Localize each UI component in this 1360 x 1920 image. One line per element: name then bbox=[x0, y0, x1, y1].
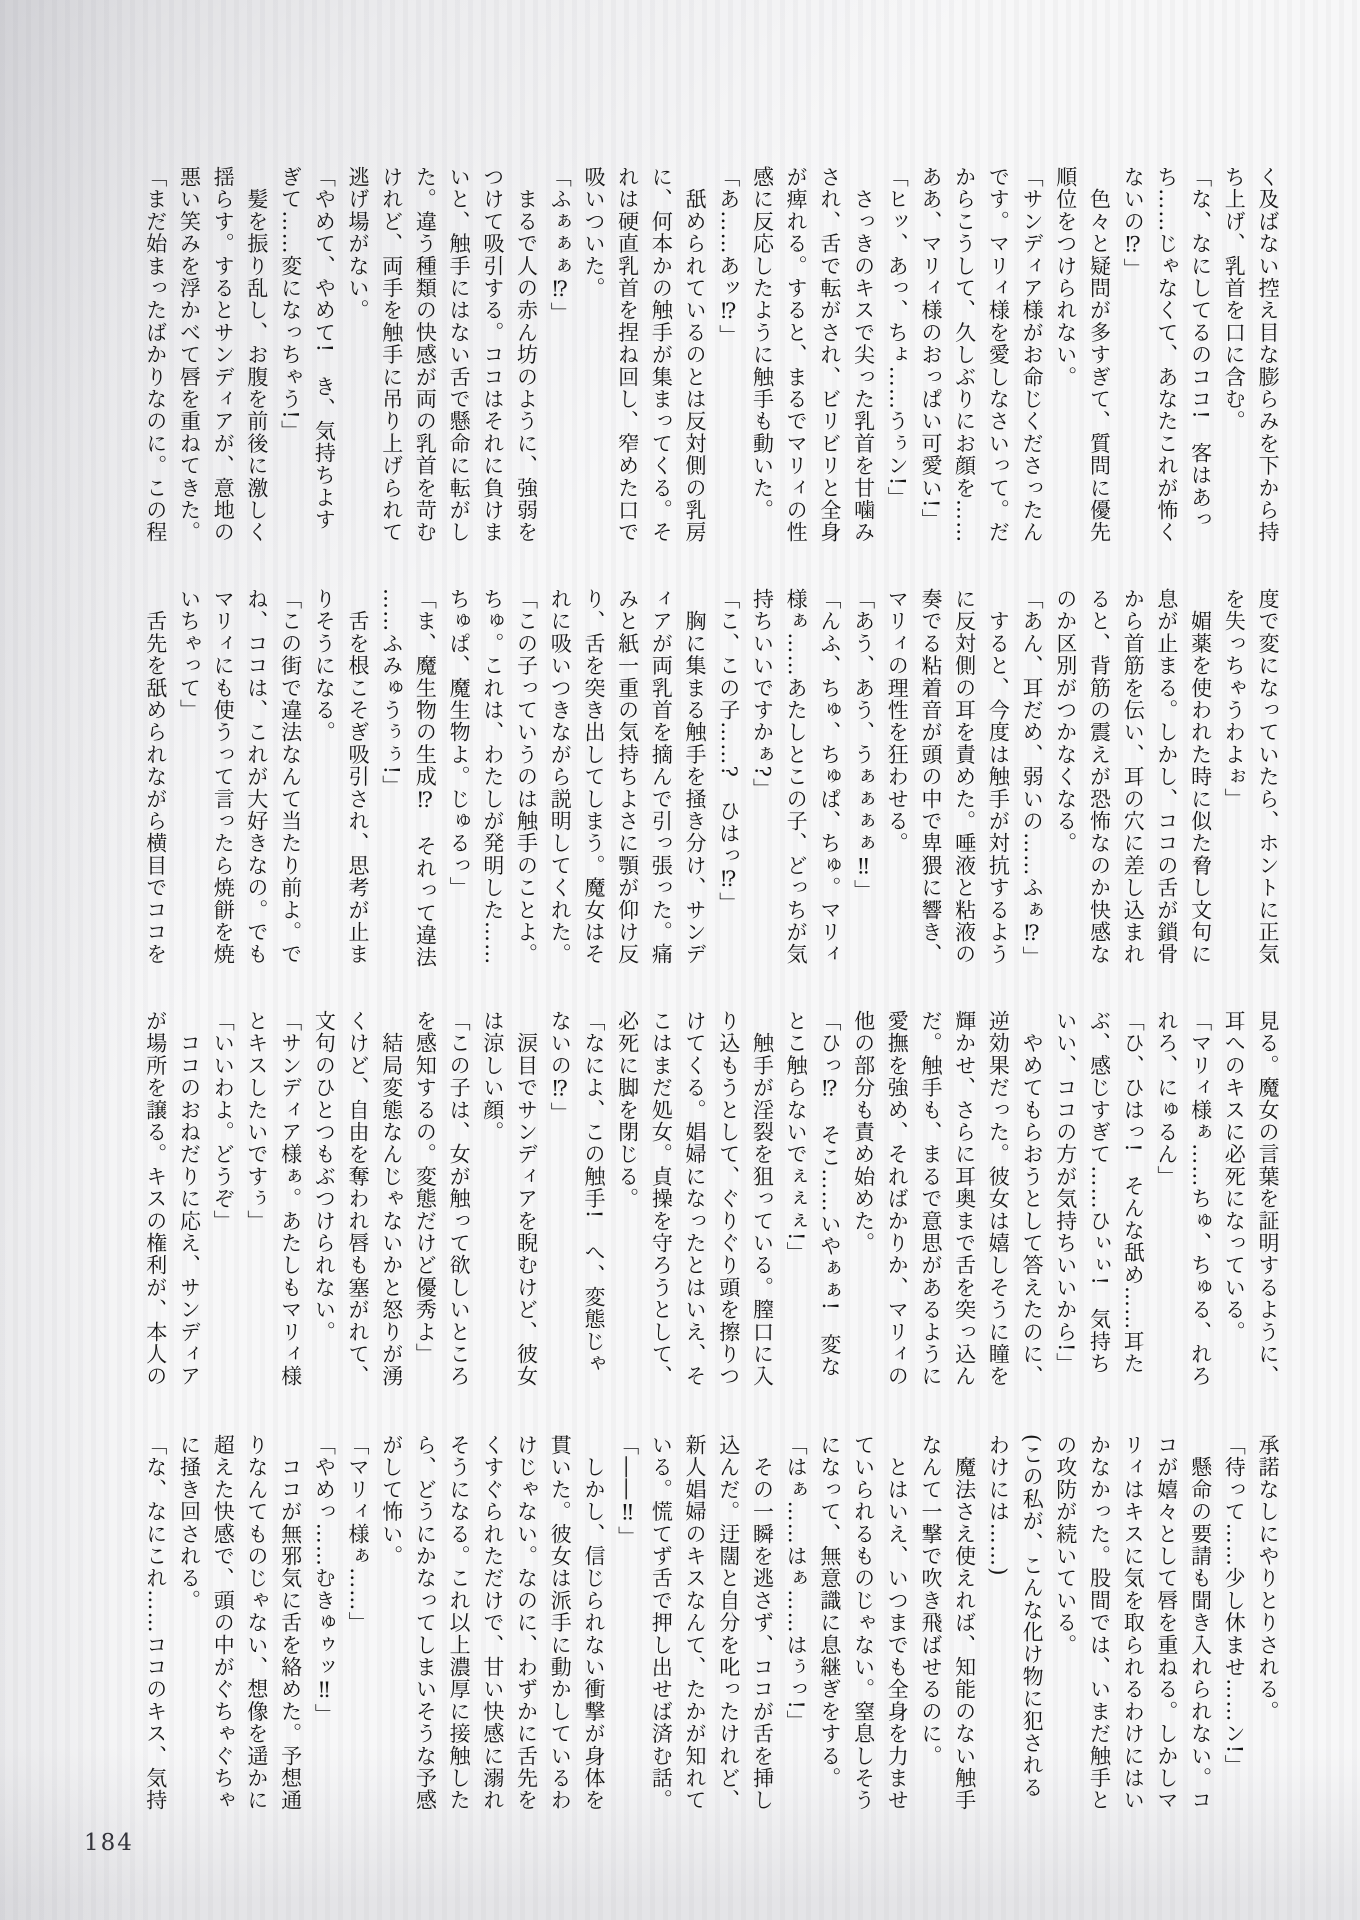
text-column: から首筋を伝い、耳の穴に差し込まれ bbox=[1115, 588, 1149, 980]
text-column: 揺らす。するとサンディアが、意地の bbox=[206, 166, 240, 558]
text-column: 文句のひとつもぶつけられない。 bbox=[307, 1010, 341, 1402]
text-column: ないの⁉」 bbox=[543, 1010, 577, 1402]
text-column: 感に反応したように触手も動いた。 bbox=[745, 166, 779, 558]
text-column: 様ぁ……あたしとこの子、どっちが気 bbox=[778, 588, 812, 980]
text-column: 「なによ、この触手! へ、変態じゃ bbox=[576, 1010, 610, 1402]
text-column: 見る。魔女の言葉を証明するように、 bbox=[1250, 1010, 1284, 1402]
text-column: 輝かせ、さらに耳奥まで舌を突っ込ん bbox=[947, 1010, 981, 1402]
text-column: 「な、なにしてるのココ! 客はあっ bbox=[1183, 166, 1217, 558]
text-column: みと紙一重の気持ちよさに顎が仰け反 bbox=[610, 588, 644, 980]
text-column: 逆効果だった。彼女は嬉しそうに瞳を bbox=[981, 1010, 1015, 1402]
text-column: になって、無意識に息継ぎをする。 bbox=[812, 1434, 846, 1826]
text-column: 持ちいいですかぁ?」 bbox=[745, 588, 779, 980]
text-column: 「マリィ様ぁ……」 bbox=[340, 1434, 374, 1826]
text-column: 「いいわよ。どうぞ」 bbox=[206, 1010, 240, 1402]
text-column: が場所を譲る。キスの権利が、本人の bbox=[138, 1010, 172, 1402]
text-column: りなんてものじゃない、想像を遥かに bbox=[239, 1434, 273, 1826]
text-column: すると、今度は触手が対抗するよう bbox=[981, 588, 1015, 980]
text-column: 込んだ。迂闊と自分を叱ったけれど、 bbox=[711, 1434, 745, 1826]
text-column: 涙目でサンディアを睨むけど、彼女 bbox=[509, 1010, 543, 1402]
text-column: しかし、信じられない衝撃が身体を bbox=[576, 1434, 610, 1826]
text-column: 「やめっ……むきゅゥッ‼」 bbox=[307, 1434, 341, 1826]
text-band-1: く及ばない控え目な膨らみを下から持ち上げ、乳首を口に含む。「な、なにしてるのココ… bbox=[134, 166, 1284, 558]
text-column: その一瞬を逃さず、ココが舌を挿し bbox=[745, 1434, 779, 1826]
text-column: けてくる。娼婦になったとはいえ、そ bbox=[677, 1010, 711, 1402]
text-column: 「ひっ⁉ そこ……いやぁぁ! 変な bbox=[812, 1010, 846, 1402]
text-column: 「――‼」 bbox=[610, 1434, 644, 1826]
text-column: さっきのキスで尖った乳首を甘噛み bbox=[846, 166, 880, 558]
text-column: いと、触手にはない舌で懸命に転がし bbox=[441, 166, 475, 558]
text-column: (この私が、こんな化け物に犯される bbox=[1014, 1434, 1048, 1826]
text-column: とこ触らないでぇぇぇ!」 bbox=[778, 1010, 812, 1402]
text-column: 懸命の要請も聞き入れられない。コ bbox=[1183, 1434, 1217, 1826]
text-column: くけど、自由を奪われ唇も塞がれて、 bbox=[340, 1010, 374, 1402]
text-column: リィはキスに気を取られるわけにはい bbox=[1115, 1434, 1149, 1826]
text-column: り込もうとして、ぐりぐり頭を擦りつ bbox=[711, 1010, 745, 1402]
text-column: 愛撫を強め、そればかりか、マリィの bbox=[880, 1010, 914, 1402]
text-column: く及ばない控え目な膨らみを下から持 bbox=[1250, 166, 1284, 558]
text-column: が痺れる。すると、まるでマリィの性 bbox=[778, 166, 812, 558]
text-column: に、何本かの触手が集まってくる。そ bbox=[644, 166, 678, 558]
text-column: 色々と疑問が多すぎて、質問に優先 bbox=[1082, 166, 1116, 558]
text-column: いる。慌てず舌で押し出せば済む話。 bbox=[644, 1434, 678, 1826]
text-column: いい、ココの方が気持ちいいから!」 bbox=[1048, 1010, 1082, 1402]
text-band-2: 度で変になっていたら、ホントに正気を失っちゃうわよぉ」 媚薬を使われた時に似た脅… bbox=[134, 588, 1284, 980]
text-column: 貫いた。彼女は派手に動かしているわ bbox=[543, 1434, 577, 1826]
text-column: 順位をつけられない。 bbox=[1048, 166, 1082, 558]
text-column: 承諾なしにやりとりされる。 bbox=[1250, 1434, 1284, 1826]
text-column: 悪い笑みを浮かべて唇を重ねてきた。 bbox=[172, 166, 206, 558]
text-column: 吸いついた。 bbox=[576, 166, 610, 558]
text-column: まるで人の赤ん坊のように、強弱を bbox=[509, 166, 543, 558]
text-column: 胸に集まる触手を掻き分け、サンデ bbox=[677, 588, 711, 980]
text-column: れに吸いつきながら説明してくれた。 bbox=[543, 588, 577, 980]
text-column: 「んふ、ちゅ、ちゅぱ、ちゅ。マリィ bbox=[812, 588, 846, 980]
text-column: かなかった。股間では、いまだ触手と bbox=[1082, 1434, 1116, 1826]
text-column: りそうになる。 bbox=[307, 588, 341, 980]
text-column: 「この子っていうのは触手のことよ。 bbox=[509, 588, 543, 980]
text-column: を感知するの。変態だけど優秀よ」 bbox=[408, 1010, 442, 1402]
text-column: ィアが両乳首を摘んで引っ張った。痛 bbox=[644, 588, 678, 980]
text-column: ね、ココは、これが大好きなの。でも bbox=[239, 588, 273, 980]
text-column: ないの⁉」 bbox=[1115, 166, 1149, 558]
text-column: れは硬直乳首を捏ね回し、窄めた口で bbox=[610, 166, 644, 558]
text-column: 「ま、魔生物の生成⁉ それって違法 bbox=[408, 588, 442, 980]
text-column: です。マリィ様を愛しなさいって。だ bbox=[981, 166, 1015, 558]
text-column: 「待って……少し休ませ……ン!」 bbox=[1217, 1434, 1251, 1826]
text-column: 媚薬を使われた時に似た脅し文句に bbox=[1183, 588, 1217, 980]
text-column: 度で変になっていたら、ホントに正気 bbox=[1250, 588, 1284, 980]
text-column: れろ、にゅるん」 bbox=[1149, 1010, 1183, 1402]
text-column: を失っちゃうわよぉ」 bbox=[1217, 588, 1251, 980]
text-column: ち……じゃなくて、あなたこれが怖く bbox=[1149, 166, 1183, 558]
text-column: 新人娼婦のキスなんて、たかが知れて bbox=[677, 1434, 711, 1826]
text-column: とキスしたいですぅ」 bbox=[239, 1010, 273, 1402]
text-band-4: 承諾なしにやりとりされる。「待って……少し休ませ……ン!」 懸命の要請も聞き入れ… bbox=[134, 1434, 1284, 1826]
text-column: り、舌を突き出してしまう。魔女はそ bbox=[576, 588, 610, 980]
text-column: 「サンディア様ぁ。あたしもマリィ様 bbox=[273, 1010, 307, 1402]
text-column: 触手が淫裂を狙っている。膣口に入 bbox=[745, 1010, 779, 1402]
text-column: 「ふぁぁぁ⁉」 bbox=[543, 166, 577, 558]
text-column: 「こ、この子……? ひはっ⁉」 bbox=[711, 588, 745, 980]
text-column: くすぐられただけで、甘い快感に溺れ bbox=[475, 1434, 509, 1826]
text-column: いちゃって」 bbox=[172, 588, 206, 980]
text-column: 「はぁ……はぁ……はぅっ!」 bbox=[778, 1434, 812, 1826]
text-column: ぶ、感じすぎて……ひぃぃ! 気持ち bbox=[1082, 1010, 1116, 1402]
text-column: けれど、両手を触手に吊り上げられて bbox=[374, 166, 408, 558]
text-column: コが嬉々として唇を重ねる。しかしマ bbox=[1149, 1434, 1183, 1826]
text-column: 「まだ始まったばかりなのに。この程 bbox=[138, 166, 172, 558]
text-column: 「あ……あッ⁉」 bbox=[711, 166, 745, 558]
text-column: マリィの理性を狂わせる。 bbox=[880, 588, 914, 980]
text-column: に掻き回される。 bbox=[172, 1434, 206, 1826]
text-column: のか区別がつかなくなる。 bbox=[1048, 588, 1082, 980]
text-column: 魔法さえ使えれば、知能のない触手 bbox=[947, 1434, 981, 1826]
text-column: は涼しい顔。 bbox=[475, 1010, 509, 1402]
text-band-3: 見る。魔女の言葉を証明するように、耳へのキスに必死になっている。「マリィ様ぁ……… bbox=[134, 1010, 1284, 1402]
text-column: マリィにも使うって言ったら焼餅を焼 bbox=[206, 588, 240, 980]
text-column: つけて吸引する。ココはそれに負けま bbox=[475, 166, 509, 558]
text-column: ちゅ。これは、わたしが発明した…… bbox=[475, 588, 509, 980]
text-column: けじゃない。なのに、わずかに舌先を bbox=[509, 1434, 543, 1826]
text-column: ると、背筋の震えが恐怖なのか快感な bbox=[1082, 588, 1116, 980]
text-column: ち上げ、乳首を口に含む。 bbox=[1217, 166, 1251, 558]
text-column: 超えた快感で、頭の中がぐちゃぐちゃ bbox=[206, 1434, 240, 1826]
text-column: ちゅぱ、魔生物よ。じゅるっ」 bbox=[441, 588, 475, 980]
text-column: 奏でる粘着音が頭の中で卑猥に響き、 bbox=[913, 588, 947, 980]
text-column: 「ひ、ひはっ! そんな舐め……耳た bbox=[1115, 1010, 1149, 1402]
text-column: 舐められているのとは反対側の乳房 bbox=[677, 166, 711, 558]
text-column: に反対側の耳を責めた。唾液と粘液の bbox=[947, 588, 981, 980]
text-column: 舌先を舐められながら横目でココを bbox=[138, 588, 172, 980]
text-column: 「やめて、やめて! き、気持ちよす bbox=[307, 166, 341, 558]
text-column: がして怖い。 bbox=[374, 1434, 408, 1826]
text-column: 耳へのキスに必死になっている。 bbox=[1217, 1010, 1251, 1402]
text-column: ココのおねだりに応え、サンディア bbox=[172, 1010, 206, 1402]
text-column: ら、どうにかなってしまいそうな予感 bbox=[408, 1434, 442, 1826]
text-column: やめてもらおうとして答えたのに、 bbox=[1014, 1010, 1048, 1402]
text-column: 髪を振り乱し、お腹を前後に激しく bbox=[239, 166, 273, 558]
text-column: ……ふみゅうぅぅ!」 bbox=[374, 588, 408, 980]
text-column: 必死に脚を閉じる。 bbox=[610, 1010, 644, 1402]
text-column: わけには……) bbox=[981, 1434, 1015, 1826]
text-column: 息が止まる。しかし、ココの舌が鎖骨 bbox=[1149, 588, 1183, 980]
text-column: なんて一撃で吹き飛ばせるのに。 bbox=[913, 1434, 947, 1826]
text-column: 「この子は、女が触って欲しいところ bbox=[441, 1010, 475, 1402]
text-column: ぎて……変になっちゃう!」 bbox=[273, 166, 307, 558]
book-page: く及ばない控え目な膨らみを下から持ち上げ、乳首を口に含む。「な、なにしてるのココ… bbox=[0, 0, 1360, 1920]
text-column: 「マリィ様ぁ……ちゅ、ちゅる、れろ bbox=[1183, 1010, 1217, 1402]
text-column: だ。触手も、まるで意思があるように bbox=[913, 1010, 947, 1402]
page-number: 184 bbox=[84, 1830, 134, 1856]
text-column: とはいえ、いつまでも全身を力ませ bbox=[880, 1434, 914, 1826]
text-column: 他の部分も責め始めた。 bbox=[846, 1010, 880, 1402]
text-column: 「あう、あう、うぁぁぁぁ‼」 bbox=[846, 588, 880, 980]
text-column: の攻防が続いている。 bbox=[1048, 1434, 1082, 1826]
text-column: ココが無邪気に舌を絡めた。予想通 bbox=[273, 1434, 307, 1826]
text-column: そうになる。これ以上濃厚に接触した bbox=[441, 1434, 475, 1826]
text-column: 逃げ場がない。 bbox=[340, 166, 374, 558]
text-column: ああ、マリィ様のおっぱい可愛い!」 bbox=[913, 166, 947, 558]
text-column: からこうして、久しぶりにお顔を…… bbox=[947, 166, 981, 558]
text-column: 「この街で違法なんて当たり前よ。で bbox=[273, 588, 307, 980]
text-column: 結局変態なんじゃないかと怒りが湧 bbox=[374, 1010, 408, 1402]
text-column: 舌を根こそぎ吸引され、思考が止ま bbox=[340, 588, 374, 980]
text-column: 「な、なにこれ……ココのキス、気持 bbox=[138, 1434, 172, 1826]
text-column: 「ヒッ、あっ、ちょ……うぅン!」 bbox=[880, 166, 914, 558]
text-column: 「あん、耳だめ、弱いの……ふぁ⁉」 bbox=[1014, 588, 1048, 980]
text-column: され、舌で転がされ、ビリビリと全身 bbox=[812, 166, 846, 558]
text-column: た。違う種類の快感が両の乳首を苛む bbox=[408, 166, 442, 558]
text-column: ていられるものじゃない。窒息しそう bbox=[846, 1434, 880, 1826]
text-column: こはまだ処女。貞操を守ろうとして、 bbox=[644, 1010, 678, 1402]
text-column: 「サンディア様がお命じくださったん bbox=[1014, 166, 1048, 558]
